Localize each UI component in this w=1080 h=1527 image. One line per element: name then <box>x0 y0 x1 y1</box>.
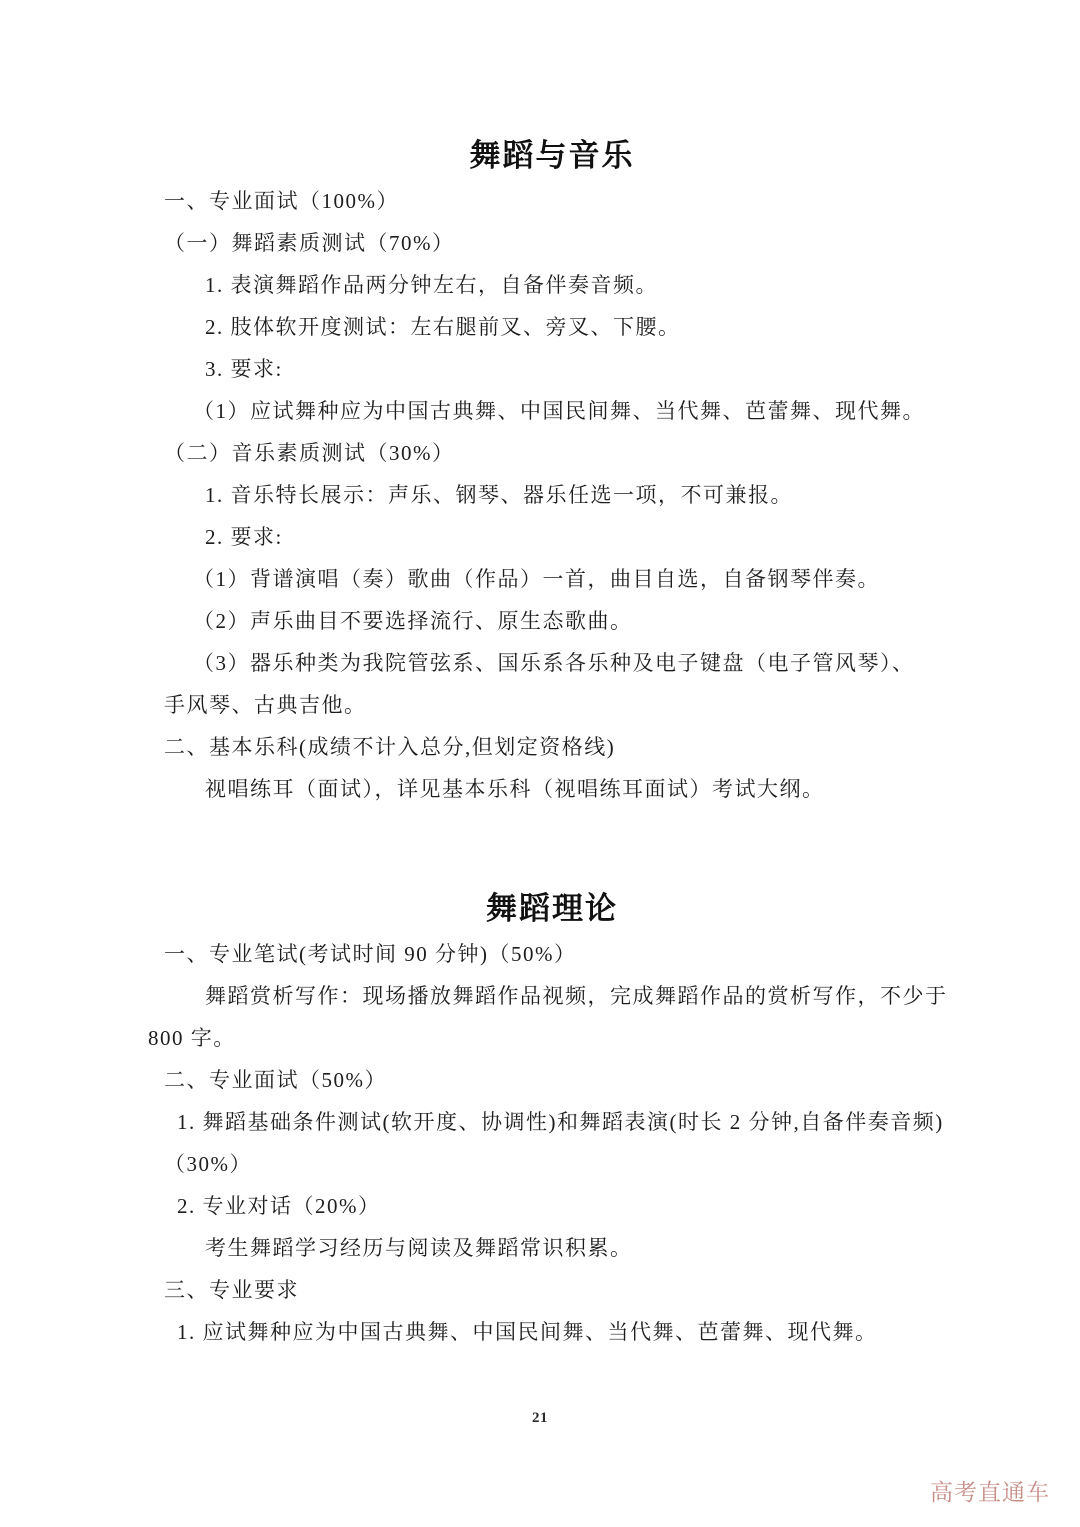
text-line: （1）应试舞种应为中国古典舞、中国民间舞、当代舞、芭蕾舞、现代舞。 <box>193 390 956 432</box>
text-line: 手风琴、古典吉他。 <box>164 684 956 726</box>
text-line: 1. 应试舞种应为中国古典舞、中国民间舞、当代舞、芭蕾舞、现代舞。 <box>177 1311 956 1353</box>
text-line: 三、专业要求 <box>164 1269 956 1311</box>
section-body-dance-theory: 一、专业笔试(考试时间 90 分钟)（50%）舞蹈赏析写作：现场播放舞蹈作品视频… <box>148 933 956 1353</box>
text-line: 800 字。 <box>148 1017 956 1059</box>
text-line: 2. 肢体软开度测试：左右腿前叉、旁叉、下腰。 <box>205 306 956 348</box>
text-line: （30%） <box>164 1143 956 1185</box>
section-title-dance-theory: 舞蹈理论 <box>148 885 956 933</box>
page-content: 舞蹈与音乐 一、专业面试（100%）（一）舞蹈素质测试（70%）1. 表演舞蹈作… <box>0 0 1080 1353</box>
text-line: 一、专业笔试(考试时间 90 分钟)（50%） <box>164 933 956 975</box>
text-line: 1. 音乐特长展示：声乐、钢琴、器乐任选一项，不可兼报。 <box>205 474 956 516</box>
section-title-dance-and-music: 舞蹈与音乐 <box>148 132 956 180</box>
text-line: 1. 舞蹈基础条件测试(软开度、协调性)和舞蹈表演(时长 2 分钟,自备伴奏音频… <box>177 1101 956 1143</box>
text-line: （3）器乐种类为我院管弦系、国乐系各乐种及电子键盘（电子管风琴）、 <box>193 642 956 684</box>
text-line: 1. 表演舞蹈作品两分钟左右，自备伴奏音频。 <box>205 264 956 306</box>
text-line: 二、基本乐科(成绩不计入总分,但划定资格线) <box>164 726 956 768</box>
text-line: 二、专业面试（50%） <box>164 1059 956 1101</box>
text-line: （二）音乐素质测试（30%） <box>164 432 956 474</box>
text-line: 视唱练耳（面试），详见基本乐科（视唱练耳面试）考试大纲。 <box>205 768 956 810</box>
text-line: 一、专业面试（100%） <box>164 180 956 222</box>
text-line: （2）声乐曲目不要选择流行、原生态歌曲。 <box>193 600 956 642</box>
text-line: 考生舞蹈学习经历与阅读及舞蹈常识积累。 <box>205 1227 956 1269</box>
text-line: （1）背谱演唱（奏）歌曲（作品）一首，曲目自选，自备钢琴伴奏。 <box>193 558 956 600</box>
text-line: 2. 要求: <box>205 516 956 558</box>
document-page: 舞蹈与音乐 一、专业面试（100%）（一）舞蹈素质测试（70%）1. 表演舞蹈作… <box>0 0 1080 1527</box>
page-number: 21 <box>0 1410 1080 1427</box>
text-line: 3. 要求: <box>205 348 956 390</box>
text-line: 舞蹈赏析写作：现场播放舞蹈作品视频，完成舞蹈作品的赏析写作，不少于 <box>205 975 956 1017</box>
section-body-dance-and-music: 一、专业面试（100%）（一）舞蹈素质测试（70%）1. 表演舞蹈作品两分钟左右… <box>148 180 956 810</box>
watermark-gaokao-zhitongche: 高考直通车 <box>930 1474 1050 1507</box>
text-line: （一）舞蹈素质测试（70%） <box>164 222 956 264</box>
text-line: 2. 专业对话（20%） <box>177 1185 956 1227</box>
